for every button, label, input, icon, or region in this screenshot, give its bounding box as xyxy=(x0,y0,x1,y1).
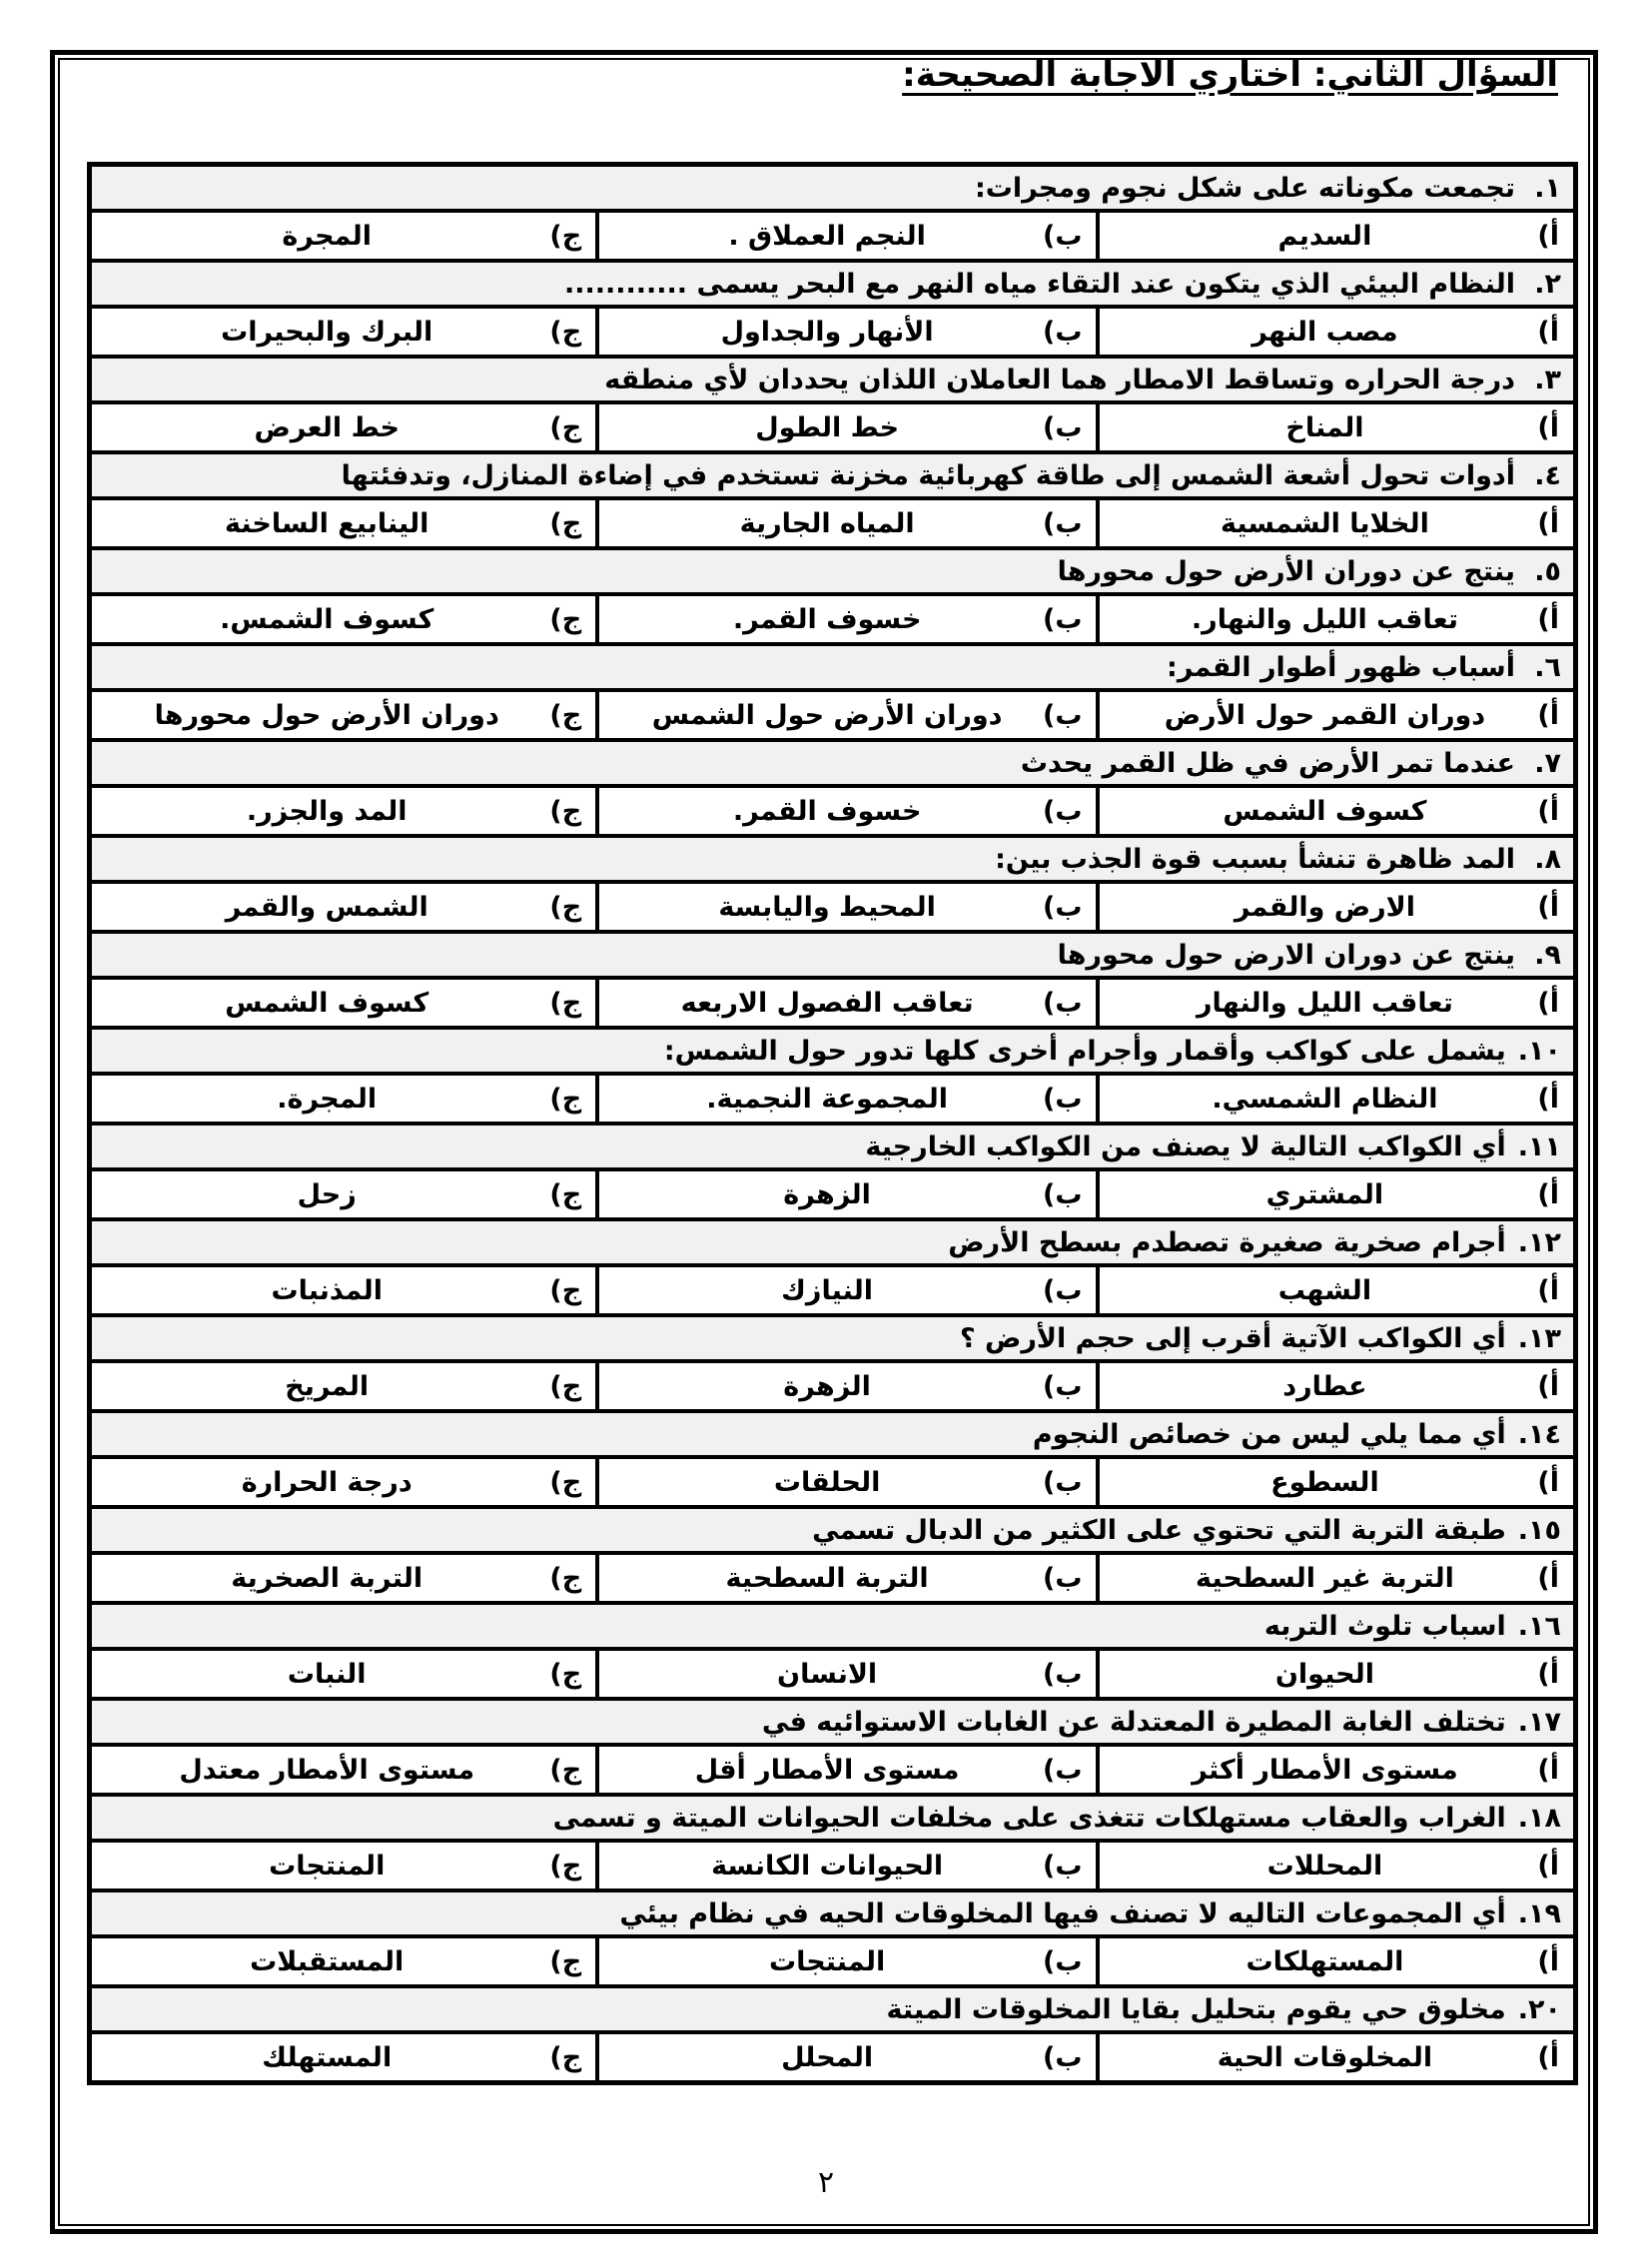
option-letter-c: ج) xyxy=(549,700,581,731)
option-cell-b: ب) خط الطول xyxy=(595,404,1096,450)
option-cell-b: ب) خسوف القمر. xyxy=(595,788,1096,834)
question-row: ١٨. الغراب والعقاب مستهلكات تتغذى على مخ… xyxy=(92,1797,1573,1843)
option-cell-a: أ) المخلوقات الحية xyxy=(1096,2034,1573,2080)
option-text-b: المجموعة النجمية. xyxy=(599,1084,1043,1115)
option-text-c: دوران الأرض حول محورها xyxy=(92,700,549,731)
option-letter-b: ب) xyxy=(1043,1755,1082,1786)
option-text-a: دوران القمر حول الأرض xyxy=(1100,700,1537,731)
question-row: ٨. المد ظاهرة تنشأ بسبب قوة الجذب بين: xyxy=(92,838,1573,884)
option-letter-c: ج) xyxy=(549,508,581,539)
option-letter-a: أ) xyxy=(1537,796,1559,827)
option-text-a: مصب النهر xyxy=(1100,317,1537,348)
option-cell-a: أ) مصب النهر xyxy=(1096,309,1573,355)
option-cell-b: ب) النجم العملاق . xyxy=(595,213,1096,259)
option-cell-a: أ) السديم xyxy=(1096,213,1573,259)
options-row: أ) السديم ب) النجم العملاق . ج) المجرة xyxy=(92,213,1573,263)
question-block: ٨. المد ظاهرة تنشأ بسبب قوة الجذب بين: أ… xyxy=(92,838,1573,934)
option-letter-a: أ) xyxy=(1537,892,1559,923)
option-letter-a: أ) xyxy=(1537,1084,1559,1115)
option-text-c: المنتجات xyxy=(92,1851,549,1882)
option-cell-b: ب) دوران الأرض حول الشمس xyxy=(595,692,1096,738)
option-cell-c: ج) خط العرض xyxy=(92,404,595,450)
options-row: أ) المناخ ب) خط الطول ج) خط العرض xyxy=(92,404,1573,454)
options-row: أ) الحيوان ب) الانسان ج) النبات xyxy=(92,1651,1573,1701)
question-text: الغراب والعقاب مستهلكات تتغذى على مخلفات… xyxy=(553,1803,1506,1834)
question-text: أي المجموعات التاليه لا تصنف فيها المخلو… xyxy=(619,1898,1505,1929)
option-letter-b: ب) xyxy=(1043,1563,1082,1594)
option-text-b: دوران الأرض حول الشمس xyxy=(599,700,1043,731)
exam-page: { "header": { "title": "السؤال الثاني: ا… xyxy=(0,0,1652,2265)
option-letter-c: ج) xyxy=(549,604,581,635)
question-block: ١١. أي الكواكب التالية لا يصنف من الكواك… xyxy=(92,1126,1573,1221)
option-text-a: الارض والقمر xyxy=(1100,892,1537,923)
option-letter-a: أ) xyxy=(1537,1563,1559,1594)
option-text-c: الينابيع الساخنة xyxy=(92,508,549,539)
option-text-b: النجم العملاق . xyxy=(599,221,1043,252)
option-letter-b: ب) xyxy=(1043,1179,1082,1210)
option-letter-c: ج) xyxy=(549,221,581,252)
option-letter-b: ب) xyxy=(1043,1467,1082,1498)
question-text: يشمل على كواكب وأقمار وأجرام أخرى كلها ت… xyxy=(664,1036,1506,1067)
question-block: ١٩. أي المجموعات التاليه لا تصنف فيها ال… xyxy=(92,1892,1573,1988)
question-text: أجرام صخرية صغيرة تصطدم بسطح الأرض xyxy=(948,1227,1506,1258)
options-row: أ) تعاقب الليل والنهار ب) تعاقب الفصول ا… xyxy=(92,980,1573,1030)
option-letter-c: ج) xyxy=(549,892,581,923)
option-letter-b: ب) xyxy=(1043,221,1082,252)
options-row: أ) عطارد ب) الزهرة ج) المريخ xyxy=(92,1363,1573,1413)
question-block: ١٧. تختلف الغابة المطيرة المعتدلة عن الغ… xyxy=(92,1701,1573,1797)
question-number: ٨. xyxy=(1527,844,1561,875)
question-number: ٧. xyxy=(1527,748,1561,779)
option-letter-b: ب) xyxy=(1043,1275,1082,1306)
options-row: أ) مستوى الأمطار أكثر ب) مستوى الأمطار أ… xyxy=(92,1747,1573,1797)
option-text-b: المحيط واليابسة xyxy=(599,892,1043,923)
question-number: ١٣. xyxy=(1518,1323,1561,1354)
question-row: ٧. عندما تمر الأرض في ظل القمر يحدث xyxy=(92,742,1573,788)
option-letter-a: أ) xyxy=(1537,2042,1559,2073)
option-text-b: خسوف القمر. xyxy=(599,604,1043,635)
option-cell-b: ب) المجموعة النجمية. xyxy=(595,1076,1096,1122)
option-letter-b: ب) xyxy=(1043,796,1082,827)
option-letter-a: أ) xyxy=(1537,1946,1559,1977)
question-number: ٩. xyxy=(1527,940,1561,971)
question-number: ١٦. xyxy=(1518,1611,1561,1642)
option-letter-c: ج) xyxy=(549,1371,581,1402)
option-text-c: المد والجزر. xyxy=(92,796,549,827)
question-number: ٦. xyxy=(1527,652,1561,683)
option-cell-c: ج) البرك والبحيرات xyxy=(92,309,595,355)
option-text-b: الزهرة xyxy=(599,1179,1043,1210)
option-cell-b: ب) خسوف القمر. xyxy=(595,596,1096,642)
question-block: ٢٠. مخلوق حي يقوم بتحليل بقايا المخلوقات… xyxy=(92,1988,1573,2080)
question-number: ١٧. xyxy=(1518,1707,1561,1738)
option-letter-a: أ) xyxy=(1537,1851,1559,1882)
option-cell-a: أ) الشهب xyxy=(1096,1267,1573,1313)
option-text-b: الحلقات xyxy=(599,1467,1043,1498)
option-letter-b: ب) xyxy=(1043,1084,1082,1115)
option-text-b: الأنهار والجداول xyxy=(599,317,1043,348)
option-text-c: كسوف الشمس xyxy=(92,988,549,1019)
question-text: النظام البيئي الذي يتكون عند التقاء مياه… xyxy=(564,269,1515,300)
option-letter-b: ب) xyxy=(1043,1659,1082,1690)
question-block: ١٤. أي مما يلي ليس من خصائص النجوم أ) ال… xyxy=(92,1413,1573,1509)
option-text-c: المستقبلات xyxy=(92,1946,549,1977)
option-letter-b: ب) xyxy=(1043,892,1082,923)
question-block: ١٥. طبقة التربة التي تحتوي على الكثير من… xyxy=(92,1509,1573,1605)
question-row: ١٠. يشمل على كواكب وأقمار وأجرام أخرى كل… xyxy=(92,1030,1573,1076)
option-text-c: كسوف الشمس. xyxy=(92,604,549,635)
page-number: ٢ xyxy=(0,2165,1652,2200)
section-title: السؤال الثاني: اختاري الاجابة الصحيحة: xyxy=(902,55,1558,95)
question-row: ١٢. أجرام صخرية صغيرة تصطدم بسطح الأرض xyxy=(92,1221,1573,1267)
question-text: المد ظاهرة تنشأ بسبب قوة الجذب بين: xyxy=(995,844,1515,875)
option-text-a: السطوع xyxy=(1100,1467,1537,1498)
option-text-b: التربة السطحية xyxy=(599,1563,1043,1594)
question-block: ٦. أسباب ظهور أطوار القمر: أ) دوران القم… xyxy=(92,646,1573,742)
option-text-b: المحلل xyxy=(599,2042,1043,2073)
option-letter-a: أ) xyxy=(1537,1755,1559,1786)
option-text-c: درجة الحرارة xyxy=(92,1467,549,1498)
options-row: أ) الارض والقمر ب) المحيط واليابسة ج) ال… xyxy=(92,884,1573,934)
option-text-b: تعاقب الفصول الاربعه xyxy=(599,988,1043,1019)
option-letter-a: أ) xyxy=(1537,317,1559,348)
question-number: ١٤. xyxy=(1518,1419,1561,1450)
option-cell-b: ب) تعاقب الفصول الاربعه xyxy=(595,980,1096,1026)
option-letter-a: أ) xyxy=(1537,604,1559,635)
option-text-c: المجرة xyxy=(92,221,549,252)
question-row: ٥. ينتج عن دوران الأرض حول محورها xyxy=(92,550,1573,596)
option-text-c: المذنبات xyxy=(92,1275,549,1306)
option-cell-c: ج) المد والجزر. xyxy=(92,788,595,834)
question-row: ١٥. طبقة التربة التي تحتوي على الكثير من… xyxy=(92,1509,1573,1555)
option-cell-b: ب) الانسان xyxy=(595,1651,1096,1697)
option-cell-c: ج) التربة الصخرية xyxy=(92,1555,595,1601)
option-text-b: خط الطول xyxy=(599,412,1043,443)
question-text: مخلوق حي يقوم بتحليل بقايا المخلوقات الم… xyxy=(887,1994,1506,2025)
question-row: ٤. أدوات تحول أشعة الشمس إلى طاقة كهربائ… xyxy=(92,454,1573,500)
question-block: ١٨. الغراب والعقاب مستهلكات تتغذى على مخ… xyxy=(92,1797,1573,1892)
option-letter-b: ب) xyxy=(1043,508,1082,539)
question-number: ١٨. xyxy=(1518,1803,1561,1834)
question-row: ٦. أسباب ظهور أطوار القمر: xyxy=(92,646,1573,692)
question-row: ١٧. تختلف الغابة المطيرة المعتدلة عن الغ… xyxy=(92,1701,1573,1747)
option-cell-c: ج) المذنبات xyxy=(92,1267,595,1313)
question-text: ينتج عن دوران الارض حول محورها xyxy=(1058,940,1515,971)
question-text: أسباب ظهور أطوار القمر: xyxy=(1167,652,1515,683)
option-letter-b: ب) xyxy=(1043,700,1082,731)
options-row: أ) كسوف الشمس ب) خسوف القمر. ج) المد وال… xyxy=(92,788,1573,838)
options-row: أ) الخلايا الشمسية ب) المياه الجارية ج) … xyxy=(92,500,1573,550)
option-cell-c: ج) كسوف الشمس xyxy=(92,980,595,1026)
question-number: ١١. xyxy=(1518,1132,1561,1162)
option-letter-c: ج) xyxy=(549,1755,581,1786)
option-cell-c: ج) المجرة. xyxy=(92,1076,595,1122)
option-text-b: خسوف القمر. xyxy=(599,796,1043,827)
option-cell-b: ب) النيازك xyxy=(595,1267,1096,1313)
option-letter-b: ب) xyxy=(1043,1371,1082,1402)
option-letter-c: ج) xyxy=(549,317,581,348)
option-letter-a: أ) xyxy=(1537,1179,1559,1210)
option-text-a: المستهلكات xyxy=(1100,1946,1537,1977)
question-block: ٢. النظام البيئي الذي يتكون عند التقاء م… xyxy=(92,263,1573,359)
option-text-b: النيازك xyxy=(599,1275,1043,1306)
question-number: ١٠. xyxy=(1518,1036,1561,1067)
question-block: ١٣. أي الكواكب الآتية أقرب إلى حجم الأرض… xyxy=(92,1317,1573,1413)
questions-table: ١. تجمعت مكوناته على شكل نجوم ومجرات: أ)… xyxy=(87,162,1578,2085)
option-cell-b: ب) الحيوانات الكانسة xyxy=(595,1843,1096,1888)
option-letter-b: ب) xyxy=(1043,604,1082,635)
question-row: ٢. النظام البيئي الذي يتكون عند التقاء م… xyxy=(92,263,1573,309)
question-block: ١. تجمعت مكوناته على شكل نجوم ومجرات: أ)… xyxy=(92,167,1573,263)
options-row: أ) مصب النهر ب) الأنهار والجداول ج) البر… xyxy=(92,309,1573,359)
option-text-a: الخلايا الشمسية xyxy=(1100,508,1537,539)
options-row: أ) المستهلكات ب) المنتجات ج) المستقبلات xyxy=(92,1938,1573,1988)
option-cell-c: ج) المنتجات xyxy=(92,1843,595,1888)
option-text-c: زحل xyxy=(92,1179,549,1210)
option-cell-a: أ) تعاقب الليل والنهار xyxy=(1096,980,1573,1026)
option-cell-c: ج) مستوى الأمطار معتدل xyxy=(92,1747,595,1793)
option-letter-c: ج) xyxy=(549,1851,581,1882)
option-letter-c: ج) xyxy=(549,412,581,443)
question-number: ١٢. xyxy=(1518,1227,1561,1258)
options-row: أ) المشتري ب) الزهرة ج) زحل xyxy=(92,1171,1573,1221)
option-letter-c: ج) xyxy=(549,2042,581,2073)
option-cell-b: ب) الزهرة xyxy=(595,1363,1096,1409)
option-text-a: المحللات xyxy=(1100,1851,1537,1882)
question-text: أي الكواكب التالية لا يصنف من الكواكب ال… xyxy=(865,1132,1505,1162)
option-text-c: المجرة. xyxy=(92,1084,549,1115)
option-text-c: مستوى الأمطار معتدل xyxy=(92,1755,549,1786)
question-row: ٣. درجة الحراره وتساقط الامطار هما العام… xyxy=(92,359,1573,404)
option-cell-c: ج) المستهلك xyxy=(92,2034,595,2080)
question-text: أي مما يلي ليس من خصائص النجوم xyxy=(1033,1419,1506,1450)
option-cell-c: ج) المجرة xyxy=(92,213,595,259)
option-text-c: المريخ xyxy=(92,1371,549,1402)
option-cell-b: ب) المنتجات xyxy=(595,1938,1096,1984)
option-cell-a: أ) كسوف الشمس xyxy=(1096,788,1573,834)
option-cell-a: أ) عطارد xyxy=(1096,1363,1573,1409)
options-row: أ) الشهب ب) النيازك ج) المذنبات xyxy=(92,1267,1573,1317)
option-cell-c: ج) النبات xyxy=(92,1651,595,1697)
option-letter-a: أ) xyxy=(1537,221,1559,252)
option-letter-c: ج) xyxy=(549,1179,581,1210)
question-text: تجمعت مكوناته على شكل نجوم ومجرات: xyxy=(975,173,1515,204)
question-number: ٤. xyxy=(1527,460,1561,491)
options-row: أ) التربة غير السطحية ب) التربة السطحية … xyxy=(92,1555,1573,1605)
option-text-a: الشهب xyxy=(1100,1275,1537,1306)
question-text: عندما تمر الأرض في ظل القمر يحدث xyxy=(1021,748,1515,779)
option-text-a: كسوف الشمس xyxy=(1100,796,1537,827)
option-cell-a: أ) المستهلكات xyxy=(1096,1938,1573,1984)
question-text: تختلف الغابة المطيرة المعتدلة عن الغابات… xyxy=(762,1707,1506,1738)
option-cell-a: أ) مستوى الأمطار أكثر xyxy=(1096,1747,1573,1793)
question-text: درجة الحراره وتساقط الامطار هما العاملان… xyxy=(604,365,1515,395)
option-cell-a: أ) النظام الشمسي. xyxy=(1096,1076,1573,1122)
option-letter-c: ج) xyxy=(549,1084,581,1115)
option-text-b: المياه الجارية xyxy=(599,508,1043,539)
question-text: طبقة التربة التي تحتوي على الكثير من الد… xyxy=(812,1515,1506,1546)
option-cell-b: ب) المياه الجارية xyxy=(595,500,1096,546)
option-cell-b: ب) المحلل xyxy=(595,2034,1096,2080)
options-row: أ) المحللات ب) الحيوانات الكانسة ج) المن… xyxy=(92,1843,1573,1892)
option-cell-a: أ) الارض والقمر xyxy=(1096,884,1573,930)
option-letter-b: ب) xyxy=(1043,1851,1082,1882)
option-cell-c: ج) المستقبلات xyxy=(92,1938,595,1984)
question-block: ٧. عندما تمر الأرض في ظل القمر يحدث أ) ك… xyxy=(92,742,1573,838)
option-text-c: المستهلك xyxy=(92,2042,549,2073)
question-text: اسباب تلوث التربه xyxy=(1264,1611,1506,1642)
question-row: ٢٠. مخلوق حي يقوم بتحليل بقايا المخلوقات… xyxy=(92,1988,1573,2034)
option-cell-c: ج) كسوف الشمس. xyxy=(92,596,595,642)
option-text-b: مستوى الأمطار أقل xyxy=(599,1755,1043,1786)
question-row: ١٦. اسباب تلوث التربه xyxy=(92,1605,1573,1651)
option-text-a: مستوى الأمطار أكثر xyxy=(1100,1755,1537,1786)
option-text-b: المنتجات xyxy=(599,1946,1043,1977)
option-cell-a: أ) المناخ xyxy=(1096,404,1573,450)
option-cell-b: ب) الزهرة xyxy=(595,1171,1096,1217)
options-row: أ) المخلوقات الحية ب) المحلل ج) المستهلك xyxy=(92,2034,1573,2080)
option-letter-b: ب) xyxy=(1043,2042,1082,2073)
question-block: ١٦. اسباب تلوث التربه أ) الحيوان ب) الان… xyxy=(92,1605,1573,1701)
options-row: أ) النظام الشمسي. ب) المجموعة النجمية. ج… xyxy=(92,1076,1573,1126)
question-number: ٢٠. xyxy=(1518,1994,1561,2025)
question-number: ١٩. xyxy=(1518,1898,1561,1929)
option-letter-b: ب) xyxy=(1043,317,1082,348)
question-block: ٩. ينتج عن دوران الارض حول محورها أ) تعا… xyxy=(92,934,1573,1030)
option-cell-a: أ) المشتري xyxy=(1096,1171,1573,1217)
option-letter-a: أ) xyxy=(1537,508,1559,539)
option-text-b: الحيوانات الكانسة xyxy=(599,1851,1043,1882)
option-text-a: التربة غير السطحية xyxy=(1100,1563,1537,1594)
option-cell-b: ب) المحيط واليابسة xyxy=(595,884,1096,930)
question-text: ينتج عن دوران الأرض حول محورها xyxy=(1058,556,1515,587)
option-cell-a: أ) المحللات xyxy=(1096,1843,1573,1888)
option-letter-c: ج) xyxy=(549,1467,581,1498)
option-text-a: المخلوقات الحية xyxy=(1100,2042,1537,2073)
question-number: ١. xyxy=(1527,173,1561,204)
option-cell-c: ج) الشمس والقمر xyxy=(92,884,595,930)
option-letter-c: ج) xyxy=(549,1946,581,1977)
option-letter-a: أ) xyxy=(1537,1275,1559,1306)
question-number: ١٥. xyxy=(1518,1515,1561,1546)
option-letter-c: ج) xyxy=(549,988,581,1019)
question-number: ٣. xyxy=(1527,365,1561,395)
question-row: ١١. أي الكواكب التالية لا يصنف من الكواك… xyxy=(92,1126,1573,1171)
option-letter-c: ج) xyxy=(549,1275,581,1306)
question-number: ٢. xyxy=(1527,269,1561,300)
question-block: ١٠. يشمل على كواكب وأقمار وأجرام أخرى كل… xyxy=(92,1030,1573,1126)
option-letter-b: ب) xyxy=(1043,1946,1082,1977)
question-block: ٣. درجة الحراره وتساقط الامطار هما العام… xyxy=(92,359,1573,454)
option-letter-a: أ) xyxy=(1537,1659,1559,1690)
option-text-c: خط العرض xyxy=(92,412,549,443)
option-text-b: الزهرة xyxy=(599,1371,1043,1402)
option-letter-c: ج) xyxy=(549,796,581,827)
option-text-c: النبات xyxy=(92,1659,549,1690)
options-row: أ) السطوع ب) الحلقات ج) درجة الحرارة xyxy=(92,1459,1573,1509)
option-text-a: تعاقب الليل والنهار xyxy=(1100,988,1537,1019)
question-row: ١٩. أي المجموعات التاليه لا تصنف فيها ال… xyxy=(92,1892,1573,1938)
option-letter-c: ج) xyxy=(549,1563,581,1594)
options-row: أ) دوران القمر حول الأرض ب) دوران الأرض … xyxy=(92,692,1573,742)
question-row: ٩. ينتج عن دوران الارض حول محورها xyxy=(92,934,1573,980)
option-cell-a: أ) تعاقب الليل والنهار. xyxy=(1096,596,1573,642)
option-letter-a: أ) xyxy=(1537,1371,1559,1402)
option-letter-a: أ) xyxy=(1537,1467,1559,1498)
option-cell-c: ج) المريخ xyxy=(92,1363,595,1409)
option-letter-a: أ) xyxy=(1537,988,1559,1019)
option-letter-a: أ) xyxy=(1537,412,1559,443)
option-cell-a: أ) دوران القمر حول الأرض xyxy=(1096,692,1573,738)
options-row: أ) تعاقب الليل والنهار. ب) خسوف القمر. ج… xyxy=(92,596,1573,646)
option-letter-a: أ) xyxy=(1537,700,1559,731)
option-text-a: عطارد xyxy=(1100,1371,1537,1402)
option-text-a: النظام الشمسي. xyxy=(1100,1084,1537,1115)
option-cell-b: ب) الحلقات xyxy=(595,1459,1096,1505)
option-text-a: الحيوان xyxy=(1100,1659,1537,1690)
option-text-a: تعاقب الليل والنهار. xyxy=(1100,604,1537,635)
question-block: ٤. أدوات تحول أشعة الشمس إلى طاقة كهربائ… xyxy=(92,454,1573,550)
question-row: ١٣. أي الكواكب الآتية أقرب إلى حجم الأرض… xyxy=(92,1317,1573,1363)
option-text-c: البرك والبحيرات xyxy=(92,317,549,348)
option-text-c: الشمس والقمر xyxy=(92,892,549,923)
option-text-a: المناخ xyxy=(1100,412,1537,443)
option-text-b: الانسان xyxy=(599,1659,1043,1690)
question-block: ١٢. أجرام صخرية صغيرة تصطدم بسطح الأرض أ… xyxy=(92,1221,1573,1317)
question-text: أدوات تحول أشعة الشمس إلى طاقة كهربائية … xyxy=(342,460,1515,491)
option-cell-b: ب) التربة السطحية xyxy=(595,1555,1096,1601)
question-number: ٥. xyxy=(1527,556,1561,587)
option-cell-c: ج) زحل xyxy=(92,1171,595,1217)
option-cell-a: أ) الحيوان xyxy=(1096,1651,1573,1697)
option-cell-c: ج) الينابيع الساخنة xyxy=(92,500,595,546)
option-letter-c: ج) xyxy=(549,1659,581,1690)
option-letter-b: ب) xyxy=(1043,412,1082,443)
question-text: أي الكواكب الآتية أقرب إلى حجم الأرض ؟ xyxy=(960,1323,1506,1354)
option-cell-c: ج) درجة الحرارة xyxy=(92,1459,595,1505)
option-text-a: المشتري xyxy=(1100,1179,1537,1210)
option-text-a: السديم xyxy=(1100,221,1537,252)
option-cell-a: أ) الخلايا الشمسية xyxy=(1096,500,1573,546)
option-text-c: التربة الصخرية xyxy=(92,1563,549,1594)
question-row: ١٤. أي مما يلي ليس من خصائص النجوم xyxy=(92,1413,1573,1459)
question-block: ٥. ينتج عن دوران الأرض حول محورها أ) تعا… xyxy=(92,550,1573,646)
option-cell-a: أ) السطوع xyxy=(1096,1459,1573,1505)
option-cell-c: ج) دوران الأرض حول محورها xyxy=(92,692,595,738)
question-row: ١. تجمعت مكوناته على شكل نجوم ومجرات: xyxy=(92,167,1573,213)
option-cell-b: ب) الأنهار والجداول xyxy=(595,309,1096,355)
option-cell-a: أ) التربة غير السطحية xyxy=(1096,1555,1573,1601)
option-letter-b: ب) xyxy=(1043,988,1082,1019)
option-cell-b: ب) مستوى الأمطار أقل xyxy=(595,1747,1096,1793)
